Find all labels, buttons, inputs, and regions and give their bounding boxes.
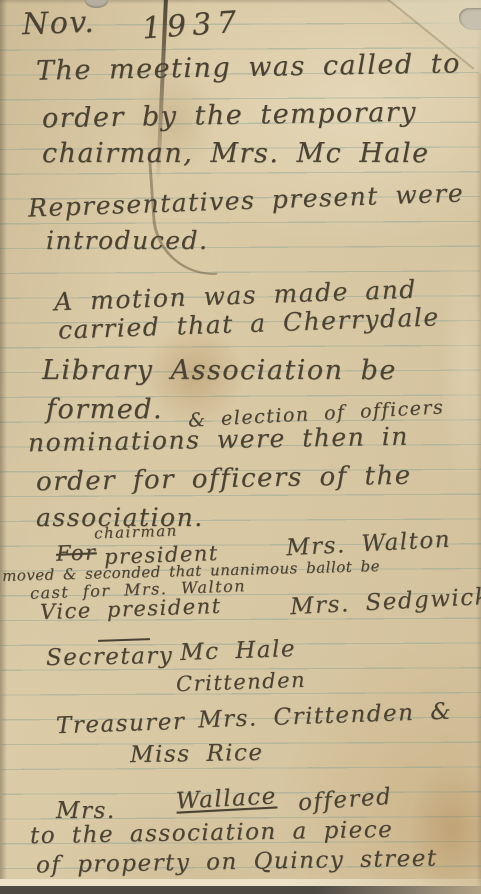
paper-left-edge bbox=[0, 0, 7, 894]
line-introduced: introduced. bbox=[46, 226, 209, 255]
insert-chairman: chairman bbox=[94, 522, 178, 543]
line-formed: formed. bbox=[46, 394, 163, 425]
line-order-by-temporary: order by the temporary bbox=[42, 97, 417, 135]
word-secretary: Secretary bbox=[46, 643, 174, 671]
stain-spot bbox=[408, 760, 481, 894]
date-year: 1937 bbox=[141, 5, 244, 47]
name-wallace: Wallace bbox=[175, 783, 277, 814]
name-mc-hale: Mc Hale bbox=[180, 636, 297, 666]
faded-patch bbox=[440, 240, 481, 500]
scan-bottom-strip bbox=[0, 886, 481, 894]
name-crittenden: Crittenden bbox=[176, 668, 307, 697]
word-mrs: Mrs. bbox=[56, 798, 116, 824]
paper-bottom-edge bbox=[0, 879, 481, 886]
word-treasurer: Treasurer bbox=[56, 709, 186, 739]
word-for-struck: For bbox=[56, 540, 97, 565]
scanned-note-page: Nov. 1937 The meeting was called to orde… bbox=[0, 0, 481, 894]
date-month: Nov. bbox=[21, 5, 95, 43]
name-miss-rice: Miss Rice bbox=[130, 740, 264, 768]
line-library-association: Library Association be bbox=[42, 355, 397, 386]
line-chairman-mchale: chairman, Mrs. Mc Hale bbox=[42, 138, 430, 169]
